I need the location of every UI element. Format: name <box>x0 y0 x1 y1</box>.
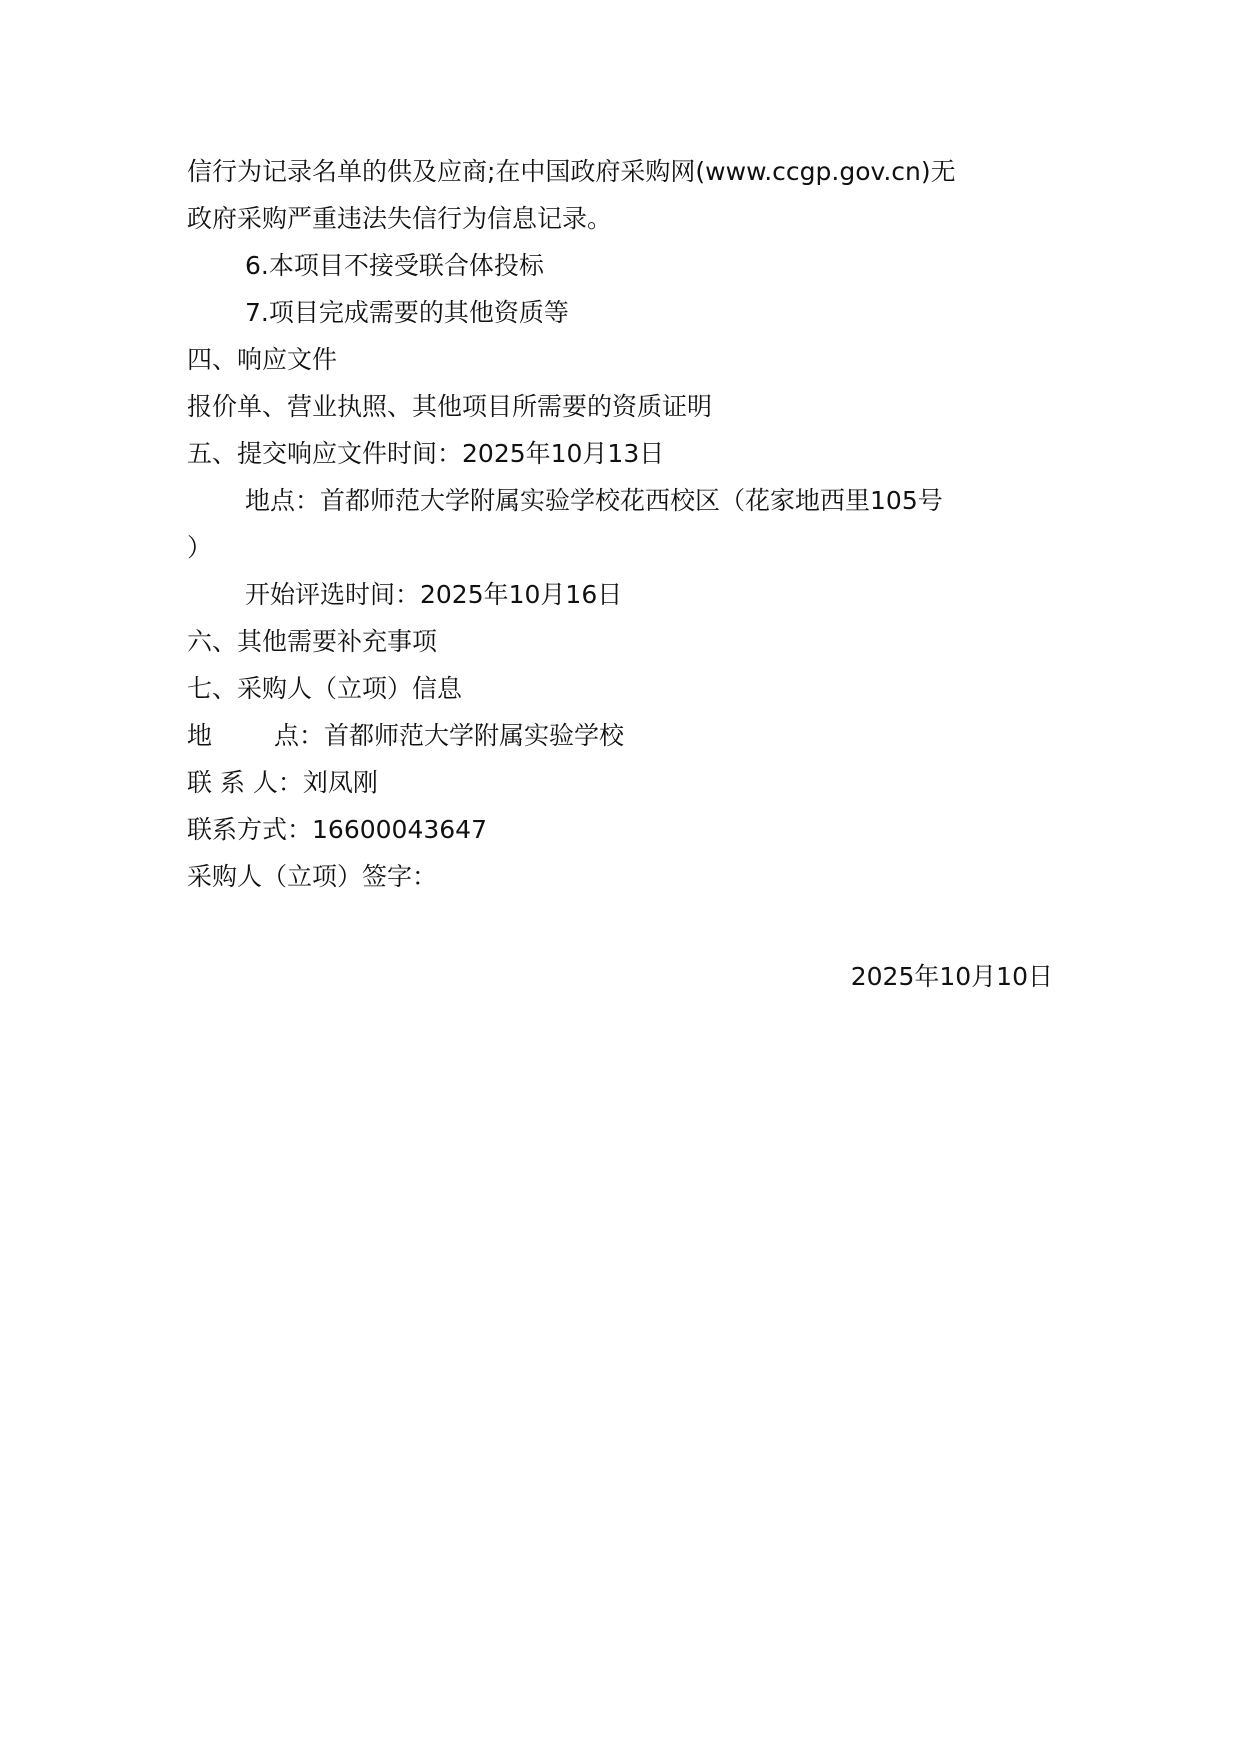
purchaser-address-row: 地点：首都师范大学附属实验学校 <box>187 719 624 753</box>
purchaser-phone-row: 联系方式：16600043647 <box>187 813 487 847</box>
signature-label: 采购人（立项）签字： <box>187 862 437 891</box>
contact-label: 联 系 人： <box>187 768 303 797</box>
requirement-item-7: 7.项目完成需要的其他资质等 <box>245 296 569 330</box>
contact-value: 刘凤刚 <box>303 768 378 797</box>
phone-value: 16600043647 <box>312 815 487 844</box>
address-label-part-1: 地 <box>187 721 212 750</box>
response-documents-body: 报价单、营业执照、其他项目所需要的资质证明 <box>187 390 712 424</box>
continuation-line-1: 信行为记录名单的供及应商;在中国政府采购网(www.ccgp.gov.cn)无 <box>187 155 956 189</box>
requirement-item-6: 6.本项目不接受联合体投标 <box>245 249 544 283</box>
document-date: 2025年10月10日 <box>851 960 1053 994</box>
submission-location-close: ） <box>187 531 212 565</box>
section-heading-purchaser-info: 七、采购人（立项）信息 <box>187 672 462 706</box>
section-heading-response-documents: 四、响应文件 <box>187 343 337 377</box>
address-label-part-2: 点： <box>274 721 324 750</box>
address-value: 首都师范大学附属实验学校 <box>324 721 624 750</box>
continuation-line-2: 政府采购严重违法失信行为信息记录。 <box>187 202 612 236</box>
submission-location: 地点：首都师范大学附属实验学校花西校区（花家地西里105号 <box>245 484 943 518</box>
purchaser-contact-row: 联 系 人：刘凤刚 <box>187 766 378 800</box>
section-heading-submission-time: 五、提交响应文件时间：2025年10月13日 <box>187 437 664 471</box>
phone-label: 联系方式： <box>187 815 312 844</box>
section-heading-other-matters: 六、其他需要补充事项 <box>187 625 437 659</box>
purchaser-signature-row: 采购人（立项）签字： <box>187 860 437 894</box>
evaluation-start-time: 开始评选时间：2025年10月16日 <box>245 578 622 612</box>
